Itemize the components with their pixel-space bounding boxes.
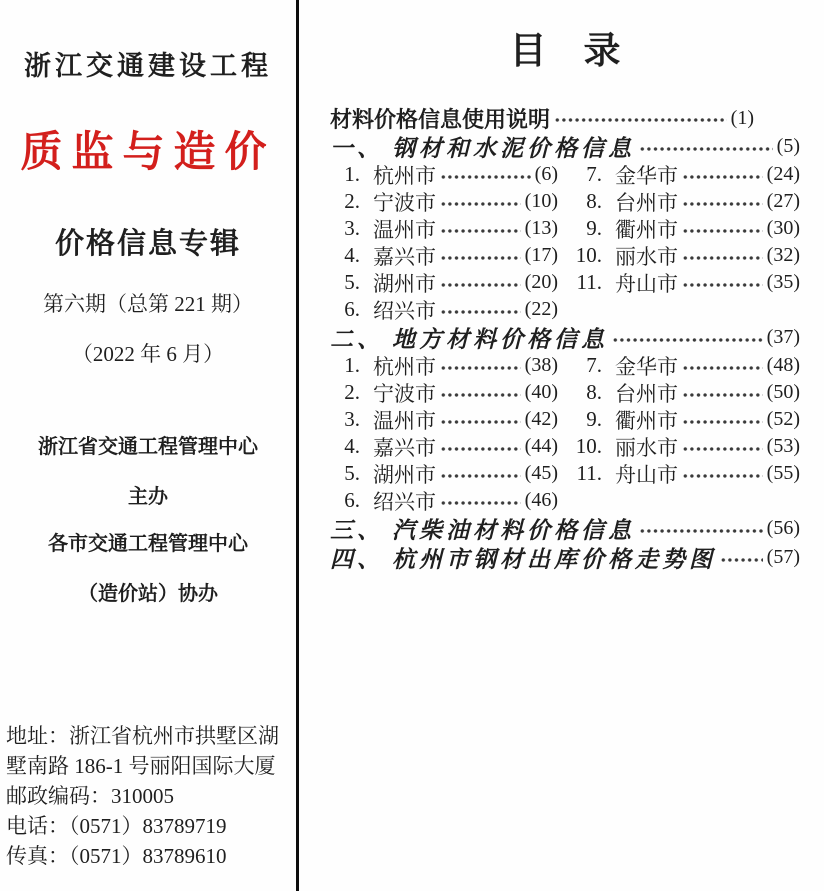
toc-city-entry: 7. 金华市 (48) <box>572 352 800 379</box>
page-number: (46) <box>525 489 558 512</box>
page-number: (37) <box>767 326 800 349</box>
toc-city-entry: 11. 舟山市 (35) <box>572 269 800 296</box>
toc-row: 4. 嘉兴市 (17) 10. 丽水市 (32) <box>330 242 800 269</box>
toc-city-entry: 7. 金华市 (24) <box>572 161 800 188</box>
toc-city-entry: 1. 杭州市 (38) <box>330 352 558 379</box>
toc-intro-entry: 材料价格信息使用说明 (1) <box>330 104 754 132</box>
toc-city-entry: 2. 宁波市 (10) <box>330 188 558 215</box>
toc-city-entry: 4. 嘉兴市 (17) <box>330 242 558 269</box>
page-number: (55) <box>767 462 800 485</box>
toc-row: 5. 湖州市 (45) 11. 舟山市 (55) <box>330 460 800 487</box>
leader-dots <box>440 226 521 236</box>
toc-row: 1. 杭州市 (6) 7. 金华市 (24) <box>330 161 800 188</box>
entry-city: 台州市 <box>615 187 678 217</box>
entry-city: 湖州市 <box>373 459 436 489</box>
entry-number: 11. <box>572 270 602 295</box>
entry-city: 金华市 <box>615 160 678 190</box>
leader-dots <box>682 390 763 400</box>
entry-number: 5. <box>330 270 360 295</box>
toc-section-heading: 一、 钢材和水泥价格信息 (5) <box>330 132 800 161</box>
page-number: (52) <box>767 408 800 431</box>
toc-city-entry: 1. 杭州市 (6) <box>330 161 558 188</box>
page-number: (38) <box>525 354 558 377</box>
contact-phone: 电话：（0571）83789719 <box>6 811 294 841</box>
page-number: (32) <box>767 244 800 267</box>
page-number: (5) <box>777 135 800 158</box>
entry-number: 8. <box>572 380 602 405</box>
toc-city-entry: 5. 湖州市 (20) <box>330 269 558 296</box>
entry-number: 7. <box>572 162 602 187</box>
contact-address: 地址：浙江省杭州市拱墅区湖墅南路 186-1 号丽阳国际大厦 <box>6 721 294 781</box>
leader-dots <box>440 444 521 454</box>
entry-number: 3. <box>330 216 360 241</box>
entry-number: 9. <box>572 216 602 241</box>
page-number: (40) <box>525 381 558 404</box>
contact-fax: 传真：（0571）83789610 <box>6 841 294 871</box>
cover-info-panel: 浙江交通建设工程 质监与造价 价格信息专辑 第六期（总第 221 期） （202… <box>0 0 296 891</box>
entry-city: 丽水市 <box>615 432 678 462</box>
toc-city-entry: 3. 温州市 (42) <box>330 406 558 433</box>
toc-city-entry: 10. 丽水市 (53) <box>572 433 800 460</box>
entry-city: 宁波市 <box>373 378 436 408</box>
section-number: 二、 <box>330 321 384 354</box>
leader-dots <box>440 253 521 263</box>
leader-dots <box>682 199 763 209</box>
entry-label: 材料价格信息使用说明 <box>330 103 550 134</box>
page-number: (50) <box>767 381 800 404</box>
toc-city-entry: 9. 衢州市 (52) <box>572 406 800 433</box>
entry-number: 1. <box>330 353 360 378</box>
entry-city: 嘉兴市 <box>373 432 436 462</box>
page-number: (42) <box>525 408 558 431</box>
entry-city: 杭州市 <box>373 351 436 381</box>
toc-section-heading: 三、 汽柴油材料价格信息 (56) <box>330 514 800 543</box>
section-title: 钢材和水泥价格信息 <box>392 130 635 163</box>
page-number: (56) <box>767 517 800 540</box>
leader-dots <box>612 335 763 345</box>
leader-dots <box>682 226 763 236</box>
page-number: (22) <box>525 298 558 321</box>
entry-city: 嘉兴市 <box>373 241 436 271</box>
page-number: (57) <box>767 546 800 569</box>
entry-city: 丽水市 <box>615 241 678 271</box>
entry-city: 舟山市 <box>615 268 678 298</box>
toc-row: 6. 绍兴市 (46) <box>330 487 800 514</box>
entry-number: 3. <box>330 407 360 432</box>
series-title: 浙江交通建设工程 <box>24 44 272 83</box>
leader-dots <box>682 417 763 427</box>
journal-subtitle: 价格信息专辑 <box>55 221 241 262</box>
entry-number: 10. <box>572 243 602 268</box>
leader-dots <box>682 444 763 454</box>
toc-city-entry: 2. 宁波市 (40) <box>330 379 558 406</box>
entry-city: 衢州市 <box>615 214 678 244</box>
contact-block: 地址：浙江省杭州市拱墅区湖墅南路 186-1 号丽阳国际大厦 邮政编码：3100… <box>0 721 296 871</box>
toc-row: 2. 宁波市 (40) 8. 台州市 (50) <box>330 379 800 406</box>
entry-city: 绍兴市 <box>373 295 436 325</box>
co-role: （造价站）协办 <box>78 577 218 606</box>
toc-row: 1. 杭州市 (38) 7. 金华市 (48) <box>330 352 800 379</box>
contact-postcode: 邮政编码：310005 <box>6 781 294 811</box>
toc-city-entry: 8. 台州市 (50) <box>572 379 800 406</box>
leader-dots <box>440 307 521 317</box>
entry-number: 8. <box>572 189 602 214</box>
entry-number: 10. <box>572 434 602 459</box>
page-number: (24) <box>767 163 800 186</box>
entry-city: 衢州市 <box>615 405 678 435</box>
entry-number: 11. <box>572 461 602 486</box>
entry-city: 温州市 <box>373 214 436 244</box>
toc-city-entry: 4. 嘉兴市 (44) <box>330 433 558 460</box>
page-number: (30) <box>767 217 800 240</box>
entry-number: 4. <box>330 243 360 268</box>
host-organization: 浙江省交通工程管理中心 <box>38 430 258 459</box>
leader-dots <box>682 471 763 481</box>
leader-dots <box>440 199 521 209</box>
leader-dots <box>440 471 521 481</box>
leader-dots <box>440 172 531 182</box>
entry-city: 湖州市 <box>373 268 436 298</box>
leader-dots <box>682 172 763 182</box>
leader-dots <box>720 555 763 565</box>
page-number: (53) <box>767 435 800 458</box>
page-number: (17) <box>525 244 558 267</box>
leader-dots <box>440 390 521 400</box>
page-number: (45) <box>525 462 558 485</box>
entry-number: 5. <box>330 461 360 486</box>
page-number: (6) <box>535 163 558 186</box>
leader-dots <box>682 363 763 373</box>
toc-city-entry: 6. 绍兴市 (46) <box>330 487 558 514</box>
toc-city-entry: 8. 台州市 (27) <box>572 188 800 215</box>
toc-row: 4. 嘉兴市 (44) 10. 丽水市 (53) <box>330 433 800 460</box>
leader-dots <box>682 280 763 290</box>
page-number: (10) <box>525 190 558 213</box>
entry-number: 6. <box>330 488 360 513</box>
toc-title: 目 录 <box>330 20 800 74</box>
entry-number: 6. <box>330 297 360 322</box>
toc-city-entry: 5. 湖州市 (45) <box>330 460 558 487</box>
page-number: (20) <box>525 271 558 294</box>
section-title: 地方材料价格信息 <box>392 321 608 354</box>
leader-dots <box>440 280 521 290</box>
journal-title: 质监与造价 <box>20 119 275 179</box>
page-number: (13) <box>525 217 558 240</box>
toc-row: 6. 绍兴市 (22) <box>330 296 800 323</box>
entry-number: 1. <box>330 162 360 187</box>
page-number: (44) <box>525 435 558 458</box>
leader-dots <box>440 363 521 373</box>
issue-date: （2022 年 6 月） <box>72 338 224 368</box>
leader-dots <box>554 115 727 125</box>
entry-city: 舟山市 <box>615 459 678 489</box>
leader-dots <box>440 417 521 427</box>
leader-dots <box>682 253 763 263</box>
co-organization: 各市交通工程管理中心 <box>48 527 248 556</box>
toc-city-entry: 6. 绍兴市 (22) <box>330 296 558 323</box>
entry-number: 7. <box>572 353 602 378</box>
entry-city: 杭州市 <box>373 160 436 190</box>
toc-section-heading: 四、 杭州市钢材出库价格走势图 (57) <box>330 543 800 572</box>
section-title: 杭州市钢材出库价格走势图 <box>392 541 716 574</box>
entry-city: 金华市 <box>615 351 678 381</box>
host-role: 主办 <box>128 480 168 509</box>
toc-row: 2. 宁波市 (10) 8. 台州市 (27) <box>330 188 800 215</box>
issue-number: 第六期（总第 221 期） <box>43 288 253 318</box>
toc-section-heading: 二、 地方材料价格信息 (37) <box>330 323 800 352</box>
page-number: (1) <box>731 107 754 130</box>
page-number: (48) <box>767 354 800 377</box>
toc-city-entry: 3. 温州市 (13) <box>330 215 558 242</box>
toc-row: 3. 温州市 (13) 9. 衢州市 (30) <box>330 215 800 242</box>
section-number: 四、 <box>330 541 384 574</box>
toc-city-entry: 11. 舟山市 (55) <box>572 460 800 487</box>
page-number: (35) <box>767 271 800 294</box>
leader-dots <box>639 526 763 536</box>
entry-number: 9. <box>572 407 602 432</box>
section-number: 一、 <box>330 130 384 163</box>
toc-city-entry: 10. 丽水市 (32) <box>572 242 800 269</box>
entry-number: 2. <box>330 380 360 405</box>
entry-number: 2. <box>330 189 360 214</box>
toc-row: 5. 湖州市 (20) 11. 舟山市 (35) <box>330 269 800 296</box>
entry-city: 温州市 <box>373 405 436 435</box>
toc-city-entry: 9. 衢州市 (30) <box>572 215 800 242</box>
entry-city: 宁波市 <box>373 187 436 217</box>
page-number: (27) <box>767 190 800 213</box>
leader-dots <box>440 498 521 508</box>
entry-city: 绍兴市 <box>373 486 436 516</box>
toc-panel: 目 录 材料价格信息使用说明 (1) 一、 钢材和水泥价格信息 (5) 1. 杭… <box>299 0 824 891</box>
journal-cover-toc-page: 浙江交通建设工程 质监与造价 价格信息专辑 第六期（总第 221 期） （202… <box>0 0 824 891</box>
leader-dots <box>639 144 773 154</box>
toc-row: 3. 温州市 (42) 9. 衢州市 (52) <box>330 406 800 433</box>
entry-city: 台州市 <box>615 378 678 408</box>
entry-number: 4. <box>330 434 360 459</box>
